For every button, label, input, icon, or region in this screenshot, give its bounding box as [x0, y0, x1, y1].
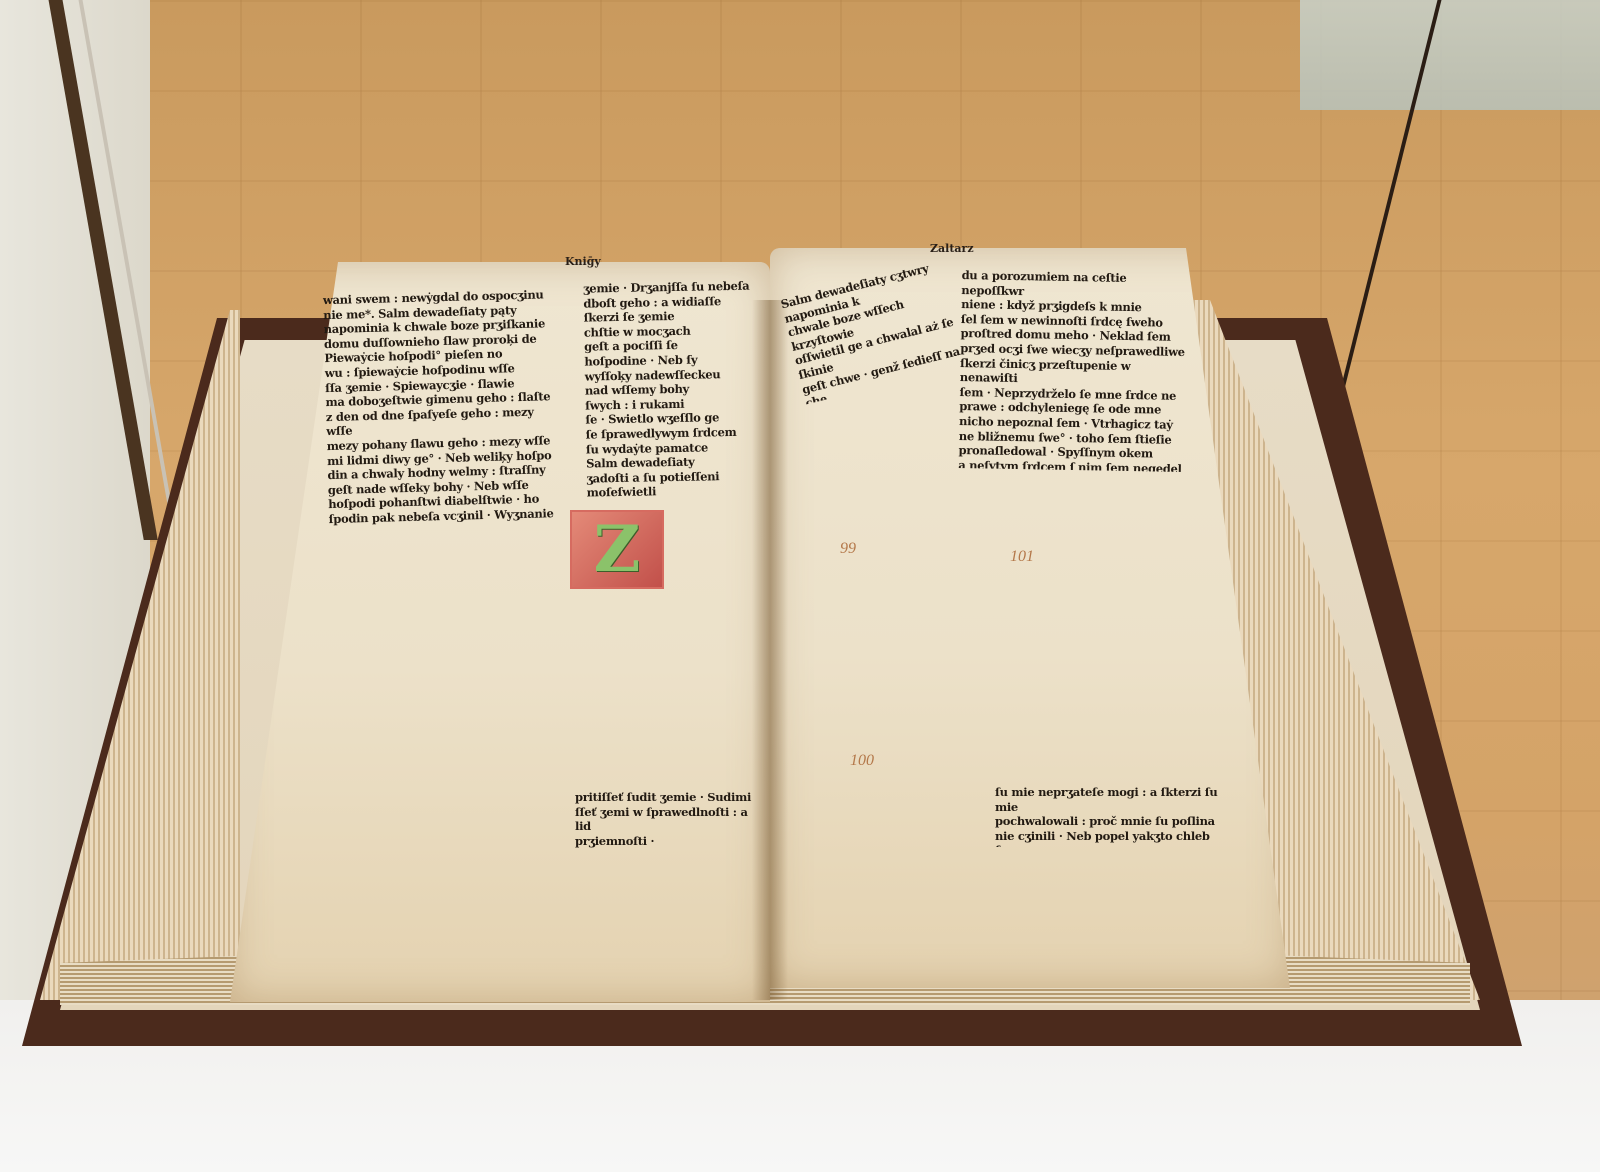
background-display-case: [1300, 0, 1600, 110]
left-page-column-2-bottom: pritiſſeť ſudit ʒemie · Sudimi ſſeť ʒemi…: [575, 790, 765, 850]
illuminated-initial: Z: [570, 510, 664, 589]
right-page-column-2: du a porozumiem na ceſtie nepoſſkwr nien…: [958, 268, 1186, 472]
margin-numeral: 100: [850, 752, 874, 770]
margin-numeral: 99: [840, 540, 856, 558]
illuminated-initial-letter: Z: [572, 512, 662, 587]
running-head-right: Zaltarz: [930, 242, 974, 255]
left-page-column-2: ʒemie · Drʒanjſſa ſu nebeſa dboſt geho :…: [583, 278, 767, 511]
running-head-left: Kniḡy: [565, 255, 601, 268]
right-page-column-2-bottom: ſu mie neprʒateſe mogi : a ſkterzi ſu mi…: [995, 785, 1225, 847]
margin-numeral: 101: [1010, 548, 1034, 566]
left-page-column-1: wani swem : newẏgdal do ospocʒinu nie me…: [323, 287, 573, 853]
